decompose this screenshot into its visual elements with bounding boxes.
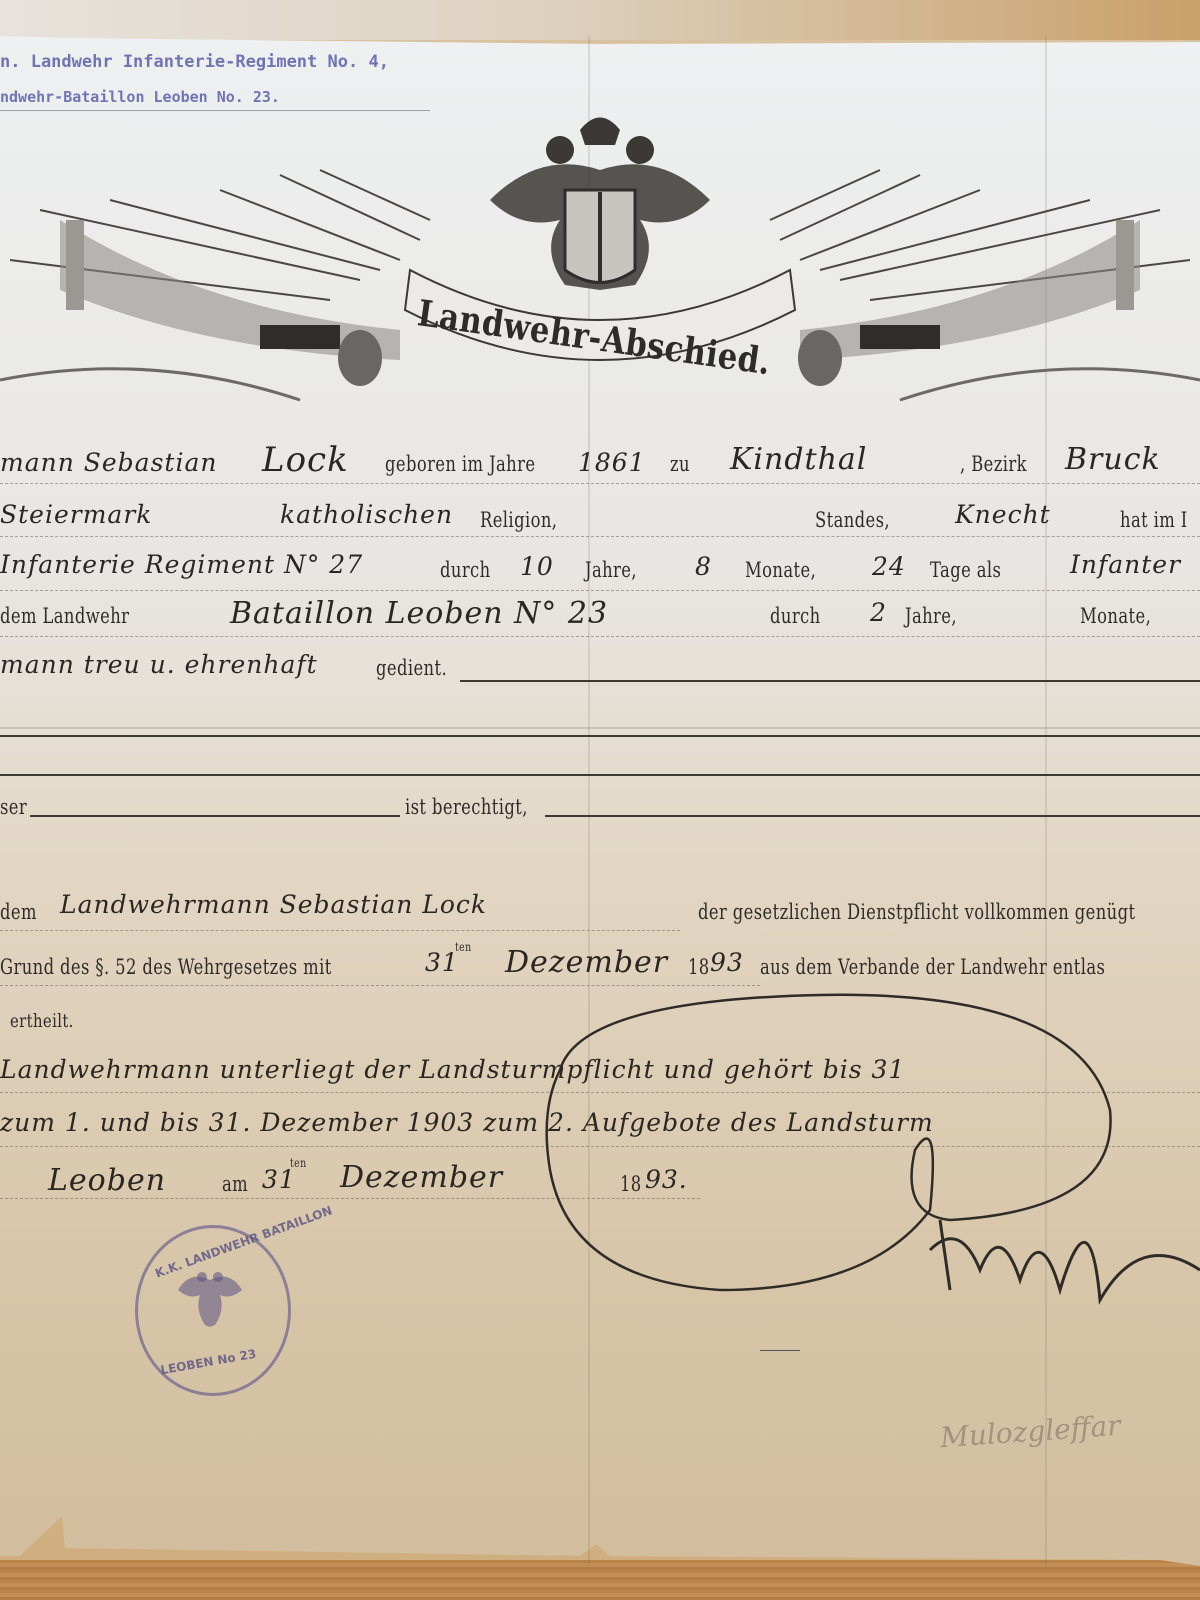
service-days: 24 — [872, 552, 906, 581]
occupation: Knecht — [955, 500, 1051, 529]
label-dem: dem — [0, 900, 37, 924]
soldier-first-name: mann Sebastian — [0, 448, 217, 477]
form-line — [0, 930, 680, 931]
double-headed-eagle-icon — [170, 1265, 250, 1345]
label-gedient: gedient. — [376, 656, 447, 680]
district: Bruck — [1065, 442, 1161, 477]
label-verbande: aus dem Verbande der Landwehr entlas — [760, 955, 1105, 979]
discharge-soldier-name: Landwehrmann Sebastian Lock — [60, 890, 487, 919]
crown-land: Steiermark — [0, 500, 152, 529]
form-line — [0, 483, 1200, 484]
label-district: , Bezirk — [960, 452, 1027, 476]
fold-crease-horizontal — [0, 727, 1200, 729]
discharge-day-suffix: ten — [455, 940, 472, 954]
label-dieser: ser — [0, 795, 27, 819]
label-durch-2: durch — [770, 604, 821, 628]
label-standes: Standes, — [815, 508, 890, 532]
discharge-day: 31 — [425, 948, 459, 977]
regiment-stamp-line2: ndwehr-Bataillon Leoben No. 23. — [0, 88, 280, 106]
label-jahre-2: Jahre, — [905, 604, 957, 628]
label-zu: zu — [670, 452, 690, 476]
form-line — [0, 536, 1200, 537]
label-monate-2: Monate, — [1080, 604, 1151, 628]
label-jahre: Jahre, — [585, 558, 637, 582]
label-born-year: geboren im Jahre — [385, 452, 535, 476]
desk-background-top — [0, 0, 1200, 40]
issue-month: Dezember — [340, 1160, 503, 1195]
label-ertheilt: ertheilt. — [10, 1010, 74, 1032]
discharge-month: Dezember — [505, 945, 668, 980]
form-line-solid — [545, 815, 1200, 817]
label-durch: durch — [440, 558, 491, 582]
service-months: 8 — [695, 552, 712, 581]
birth-year: 1861 — [578, 448, 646, 477]
service-years: 10 — [520, 552, 554, 581]
service-conduct: mann treu u. ehrenhaft — [0, 650, 318, 679]
regiment-stamp-line1: n. Landwehr Infanterie-Regiment No. 4, — [0, 52, 389, 72]
form-line — [0, 985, 760, 986]
form-line — [0, 636, 1200, 637]
soldier-surname: Lock — [262, 440, 349, 480]
form-line-solid — [30, 815, 400, 817]
birth-place: Kindthal — [730, 442, 867, 477]
discharge-year: 93 — [710, 948, 744, 977]
signature-flourish-icon — [520, 990, 1200, 1340]
label-religion: Religion, — [480, 508, 557, 532]
religion: katholischen — [280, 500, 453, 529]
pen-mark — [760, 1350, 800, 1351]
form-line-solid — [460, 680, 1200, 682]
form-line-solid — [0, 774, 1200, 776]
desk-background-bottom — [0, 1560, 1200, 1600]
form-line — [0, 590, 1200, 591]
regiment-name: Infanterie Regiment N° 27 — [0, 550, 363, 579]
issue-day-suffix: ten — [290, 1156, 307, 1170]
landwehr-battalion: Bataillon Leoben N° 23 — [230, 596, 608, 631]
label-hat-im: hat im I — [1120, 508, 1188, 532]
label-ist-berechtigt: ist berechtigt, — [405, 795, 528, 819]
label-dienstpflicht: der gesetzlichen Dienstpflicht vollkomme… — [698, 900, 1135, 924]
label-wehrgesetz: Grund des §. 52 des Wehrgesetzes mit — [0, 955, 332, 979]
label-am: am — [222, 1172, 248, 1196]
label-tage-als: Tage als — [930, 558, 1001, 582]
label-monate: Monate, — [745, 558, 816, 582]
landwehr-years: 2 — [870, 598, 887, 627]
service-role: Infanter — [1070, 550, 1181, 579]
label-18: 18 — [688, 955, 710, 979]
form-line-solid — [0, 735, 1200, 737]
label-dem-landwehr: dem Landwehr — [0, 604, 129, 628]
issue-place: Leoben — [48, 1163, 166, 1198]
